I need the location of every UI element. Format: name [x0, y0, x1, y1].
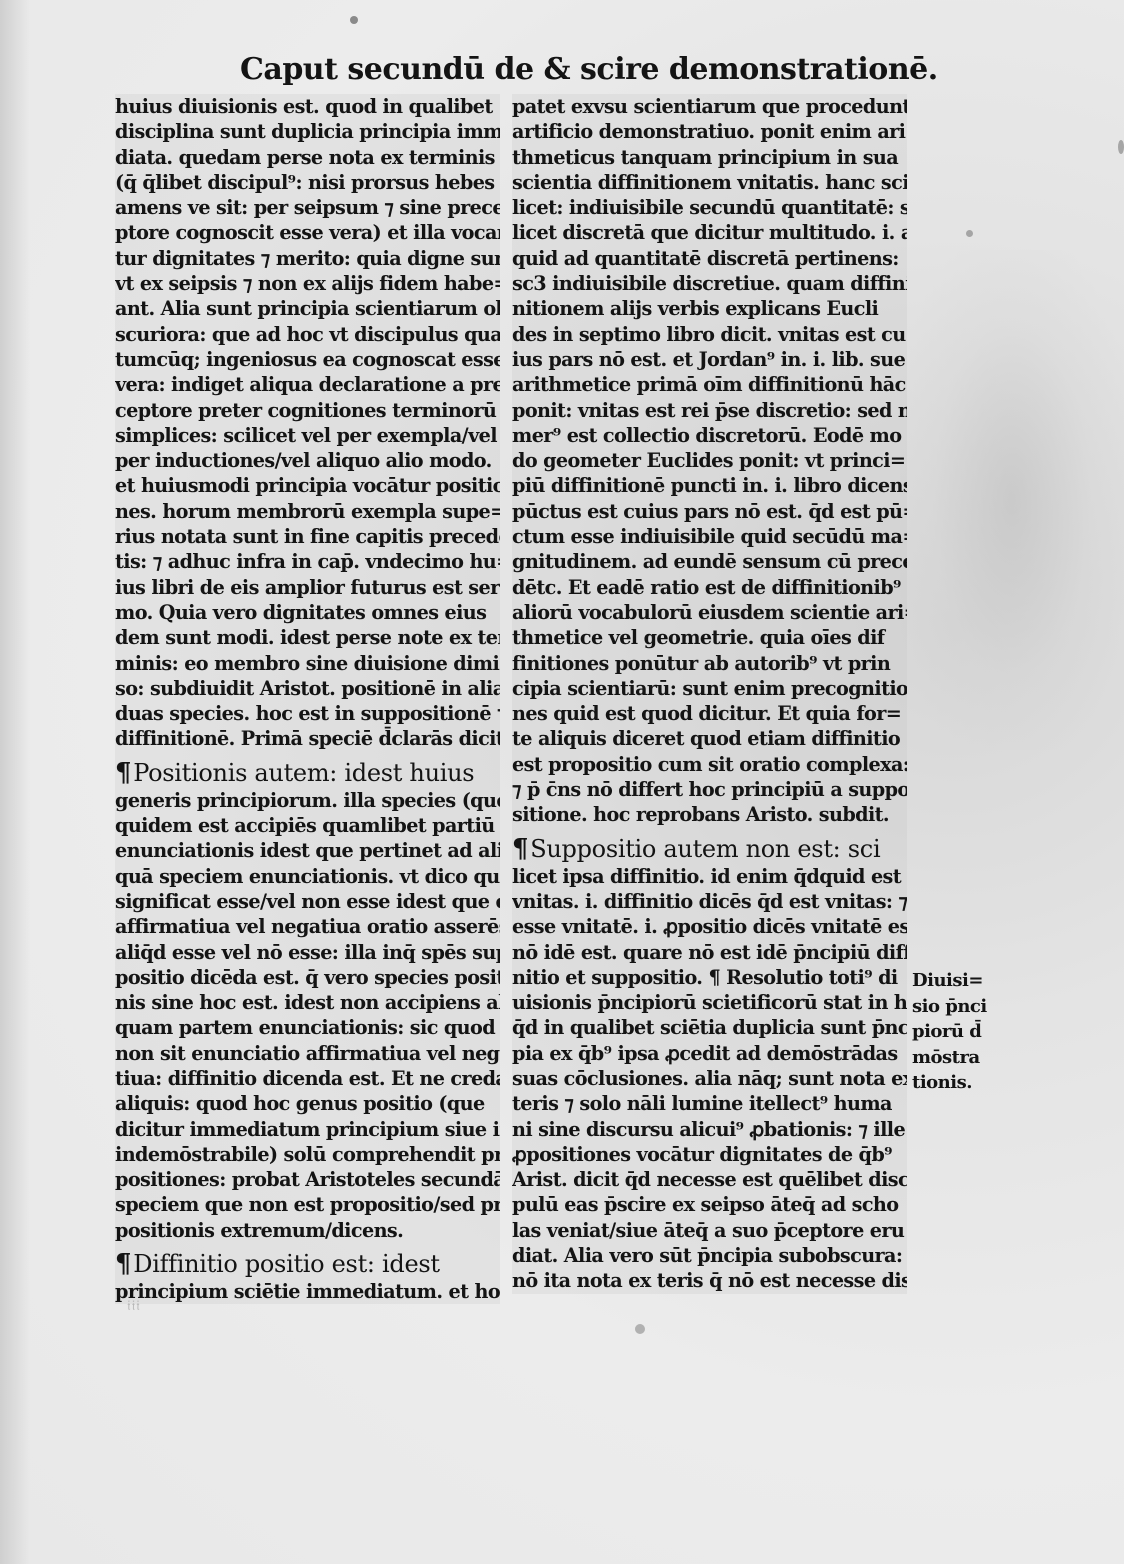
text-line: des in septimo libro dicit. vnitas est c…: [512, 322, 907, 347]
text-line: quidem est accipiēs quamlibet partiū: [115, 813, 500, 838]
text-line: ⁊ p̄ c̄ns nō differt hoc principiū a sup…: [512, 777, 907, 802]
text-line: nes. horum membrorū exempla supe=: [115, 499, 500, 524]
text-line: scuriora: que ad hoc vt discipulus quan: [115, 322, 500, 347]
text-line: gnitudinem. ad eundē sensum cū prece: [512, 549, 907, 574]
rubric-text: Positionis autem: idest huius: [133, 759, 474, 787]
scan-edge-shadow: [0, 0, 30, 1564]
text-line: tur dignitates ⁊ merito: quia digne sunt: [115, 246, 500, 271]
right-text-column: patet exvsu scientiarum que proceduntart…: [512, 94, 907, 1294]
text-line: licet: indiuisibile secundū quantitatē: …: [512, 195, 907, 220]
text-line: suas cōclusiones. alia nāq; sunt nota ex: [512, 1066, 907, 1091]
text-line: positiones: probat Aristoteles secundā: [115, 1167, 500, 1192]
text-line: ceptore preter cognitiones terminorū: [115, 398, 500, 423]
text-line: diffinitionē. Primā speciē d̄clarās dici…: [115, 726, 500, 751]
paragraph-mark-icon: ¶: [115, 1249, 131, 1279]
text-line: ius libri de eis amplior futurus est ser…: [115, 575, 500, 600]
left-text-column: huius diuisionis est. quod in qualibetdi…: [115, 94, 500, 1304]
text-line: vnitas. i. diffinitio dicēs q̄d est vnit…: [512, 889, 907, 914]
text-line: quid ad quantitatē discretā pertinens:: [512, 246, 907, 271]
text-line: te aliquis diceret quod etiam diffinitio: [512, 726, 907, 751]
text-line: positio dicēda est. q̄ vero species posi…: [115, 965, 500, 990]
text-line: mo. Quia vero dignitates omnes eius: [115, 600, 500, 625]
left-column-block-3: principium sciētie immediatum. et hoc: [115, 1279, 500, 1304]
rubric-text: Diffinitio positio est: idest: [133, 1250, 439, 1278]
text-line: so: subdiuidit Aristot. positionē in ali…: [115, 676, 500, 701]
text-line: do geometer Euclides ponit: vt princi=: [512, 448, 907, 473]
text-line: dem sunt modi. idest perse note ex ter=: [115, 625, 500, 650]
text-line: piū diffinitionē puncti in. i. libro dic…: [512, 473, 907, 498]
text-line: simplices: scilicet vel per exempla/vel: [115, 423, 500, 448]
right-column-block-2: licet ipsa diffinitio. id enim q̄dquid e…: [512, 864, 907, 1294]
text-line: ni sine discursu alicui⁹ ꝓbationis: ⁊ il…: [512, 1117, 907, 1142]
text-line: aliq̄d esse vel nō esse: illa inq̄ spēs …: [115, 940, 500, 965]
text-line: tis: ⁊ adhuc infra in cap̄. vndecimo hu=: [115, 549, 500, 574]
running-head: Caput secundū de & scire demonstrationē.: [240, 52, 800, 87]
text-line: generis principiorum. illa species (que: [115, 788, 500, 813]
text-line: vt ex seipsis ⁊ non ex alijs fidem habe=: [115, 271, 500, 296]
marginal-note-line: Diuisi=: [912, 968, 1002, 994]
text-line: aliorū vocabulorū eiusdem scientie ari=: [512, 600, 907, 625]
rubric-positionis: ¶Positionis autem: idest huius: [115, 758, 500, 788]
text-line: aliquis: quod hoc genus positio (que: [115, 1091, 500, 1116]
text-line: ptore cognoscit esse vera) et illa vocan: [115, 220, 500, 245]
text-line: dētc. Et eadē ratio est de diffinitionib…: [512, 575, 907, 600]
text-line: mer⁹ est collectio discretorū. Eodē mo: [512, 423, 907, 448]
text-line: (q̄ q̄libet discipul⁹: nisi prorsus hebe…: [115, 170, 500, 195]
text-line: ꝓpositiones vocātur dignitates de q̄b⁹: [512, 1142, 907, 1167]
text-line: indemōstrabile) solū comprehendit pro: [115, 1142, 500, 1167]
paragraph-mark-icon: ¶: [115, 758, 131, 788]
text-line: enunciationis idest que pertinet ad ali: [115, 838, 500, 863]
rubric-text: Suppositio autem non est: sci: [530, 835, 880, 863]
text-line: amens ve sit: per seipsum ⁊ sine prece=: [115, 195, 500, 220]
text-line: nis sine hoc est. idest non accipiens al…: [115, 990, 500, 1015]
text-line: disciplina sunt duplicia principia imme: [115, 119, 500, 144]
text-line: esse vnitatē. i. ꝓpositio dicēs vnitatē …: [512, 914, 907, 939]
text-line: thmetice vel geometrie. quia oīes dif: [512, 625, 907, 650]
text-line: per inductiones/vel aliquo alio modo.: [115, 448, 500, 473]
water-stain: [900, 250, 1124, 750]
text-line: duas species. hoc est in suppositionē ⁊: [115, 701, 500, 726]
text-line: rius notata sunt in fine capitis precedē: [115, 524, 500, 549]
text-line: huius diuisionis est. quod in qualibet: [115, 94, 500, 119]
text-line: arithmetice primā oīm diffinitionū hāc: [512, 372, 907, 397]
text-line: tiua: diffinitio dicenda est. Et ne cred…: [115, 1066, 500, 1091]
rubric-diffinitio: ¶Diffinitio positio est: idest: [115, 1249, 500, 1279]
text-line: uisionis p̄ncipiorū scietificorū stat in…: [512, 990, 907, 1015]
text-line: licet ipsa diffinitio. id enim q̄dquid e…: [512, 864, 907, 889]
ink-speck: [635, 1324, 645, 1334]
text-line: nitio et suppositio. ¶ Resolutio toti⁹ d…: [512, 965, 907, 990]
text-line: ctum esse indiuisibile quid secūdū ma=: [512, 524, 907, 549]
text-line: teris ⁊ solo nāli lumine itellect⁹ huma: [512, 1091, 907, 1116]
marginal-note-line: sio p̄nci: [912, 994, 1002, 1020]
text-line: diata. quedam perse nota ex terminis: [115, 145, 500, 170]
ink-speck: [350, 16, 358, 24]
text-line: ponit: vnitas est rei p̄se discretio: se…: [512, 398, 907, 423]
text-line: pulū eas p̄scire ex seipso āteq̄ ad scho: [512, 1192, 907, 1217]
left-column-block-1: huius diuisionis est. quod in qualibetdi…: [115, 94, 500, 752]
text-line: artificio demonstratiuo. ponit enim ari: [512, 119, 907, 144]
text-line: significat esse/vel non esse idest que e…: [115, 889, 500, 914]
ink-speck: [1118, 140, 1124, 154]
text-line: sitione. hoc reprobans Aristo. subdit.: [512, 802, 907, 827]
text-line: est propositio cum sit oratio complexa:: [512, 752, 907, 777]
text-line: sc3 indiuisibile discretiue. quam diffin…: [512, 271, 907, 296]
text-line: principium sciētie immediatum. et hoc: [115, 1279, 500, 1304]
signature-mark: 𝔦𝔦𝔦: [127, 1298, 141, 1314]
text-line: positionis extremum/dicens.: [115, 1218, 500, 1243]
text-line: thmeticus tanquam principium in sua: [512, 145, 907, 170]
text-line: dicitur immediatum principium siue in: [115, 1117, 500, 1142]
text-line: vera: indiget aliqua declaratione a pre: [115, 372, 500, 397]
marginal-note: Diuisi=sio p̄ncipiorū d̄mōstrationis.: [912, 968, 1002, 1096]
text-line: finitiones ponūtur ab autorib⁹ vt prin: [512, 651, 907, 676]
marginal-note-line: mōstra: [912, 1045, 1002, 1071]
text-line: quā speciem enunciationis. vt dico que: [115, 864, 500, 889]
text-line: licet discretā que dicitur multitudo. i.…: [512, 220, 907, 245]
right-column-block-1: patet exvsu scientiarum que proceduntart…: [512, 94, 907, 828]
text-line: patet exvsu scientiarum que procedunt: [512, 94, 907, 119]
text-line: ant. Alia sunt principia scientiarum ob: [115, 296, 500, 321]
ink-speck: [966, 230, 973, 237]
text-line: tumcūq; ingeniosus ea cognoscat esse: [115, 347, 500, 372]
text-line: pūctus est cuius pars nō est. q̄d est pū…: [512, 499, 907, 524]
text-line: pia ex q̄b⁹ ipsa ꝓcedit ad demōstrādas: [512, 1041, 907, 1066]
text-line: nō ita nota ex teris q̄ nō est necesse d…: [512, 1268, 907, 1293]
text-line: speciem que non est propositio/sed pro: [115, 1192, 500, 1217]
text-line: las veniat/siue āteq̄ a suo p̄ceptore er…: [512, 1218, 907, 1243]
rubric-suppositio: ¶Suppositio autem non est: sci: [512, 834, 907, 864]
text-line: nes quid est quod dicitur. Et quia for=: [512, 701, 907, 726]
text-line: cipia scientiarū: sunt enim precognitio=: [512, 676, 907, 701]
left-column-block-2: generis principiorum. illa species (queq…: [115, 788, 500, 1243]
text-line: ius pars nō est. et Jordan⁹ in. i. lib. …: [512, 347, 907, 372]
text-line: non sit enunciatio affirmatiua vel nega: [115, 1041, 500, 1066]
text-line: et huiusmodi principia vocātur positio: [115, 473, 500, 498]
text-line: minis: eo membro sine diuisione dimis: [115, 651, 500, 676]
text-line: nō idē est. quare nō est idē p̄ncipiū di…: [512, 940, 907, 965]
text-line: affirmatiua vel negatiua oratio asserēs: [115, 914, 500, 939]
text-line: quam partem enunciationis: sic quod: [115, 1015, 500, 1040]
paragraph-mark-icon: ¶: [512, 834, 528, 864]
text-line: nitionem alijs verbis explicans Eucli: [512, 296, 907, 321]
text-line: diat. Alia vero sūt p̄ncipia subobscura:…: [512, 1243, 907, 1268]
text-line: Arist. dicit q̄d necesse est quēlibet di…: [512, 1167, 907, 1192]
text-line: scientia diffinitionem vnitatis. hanc sc…: [512, 170, 907, 195]
marginal-note-line: tionis.: [912, 1070, 1002, 1096]
text-line: q̄d in qualibet sciētia duplicia sunt p̄…: [512, 1015, 907, 1040]
marginal-note-line: piorū d̄: [912, 1019, 1002, 1045]
